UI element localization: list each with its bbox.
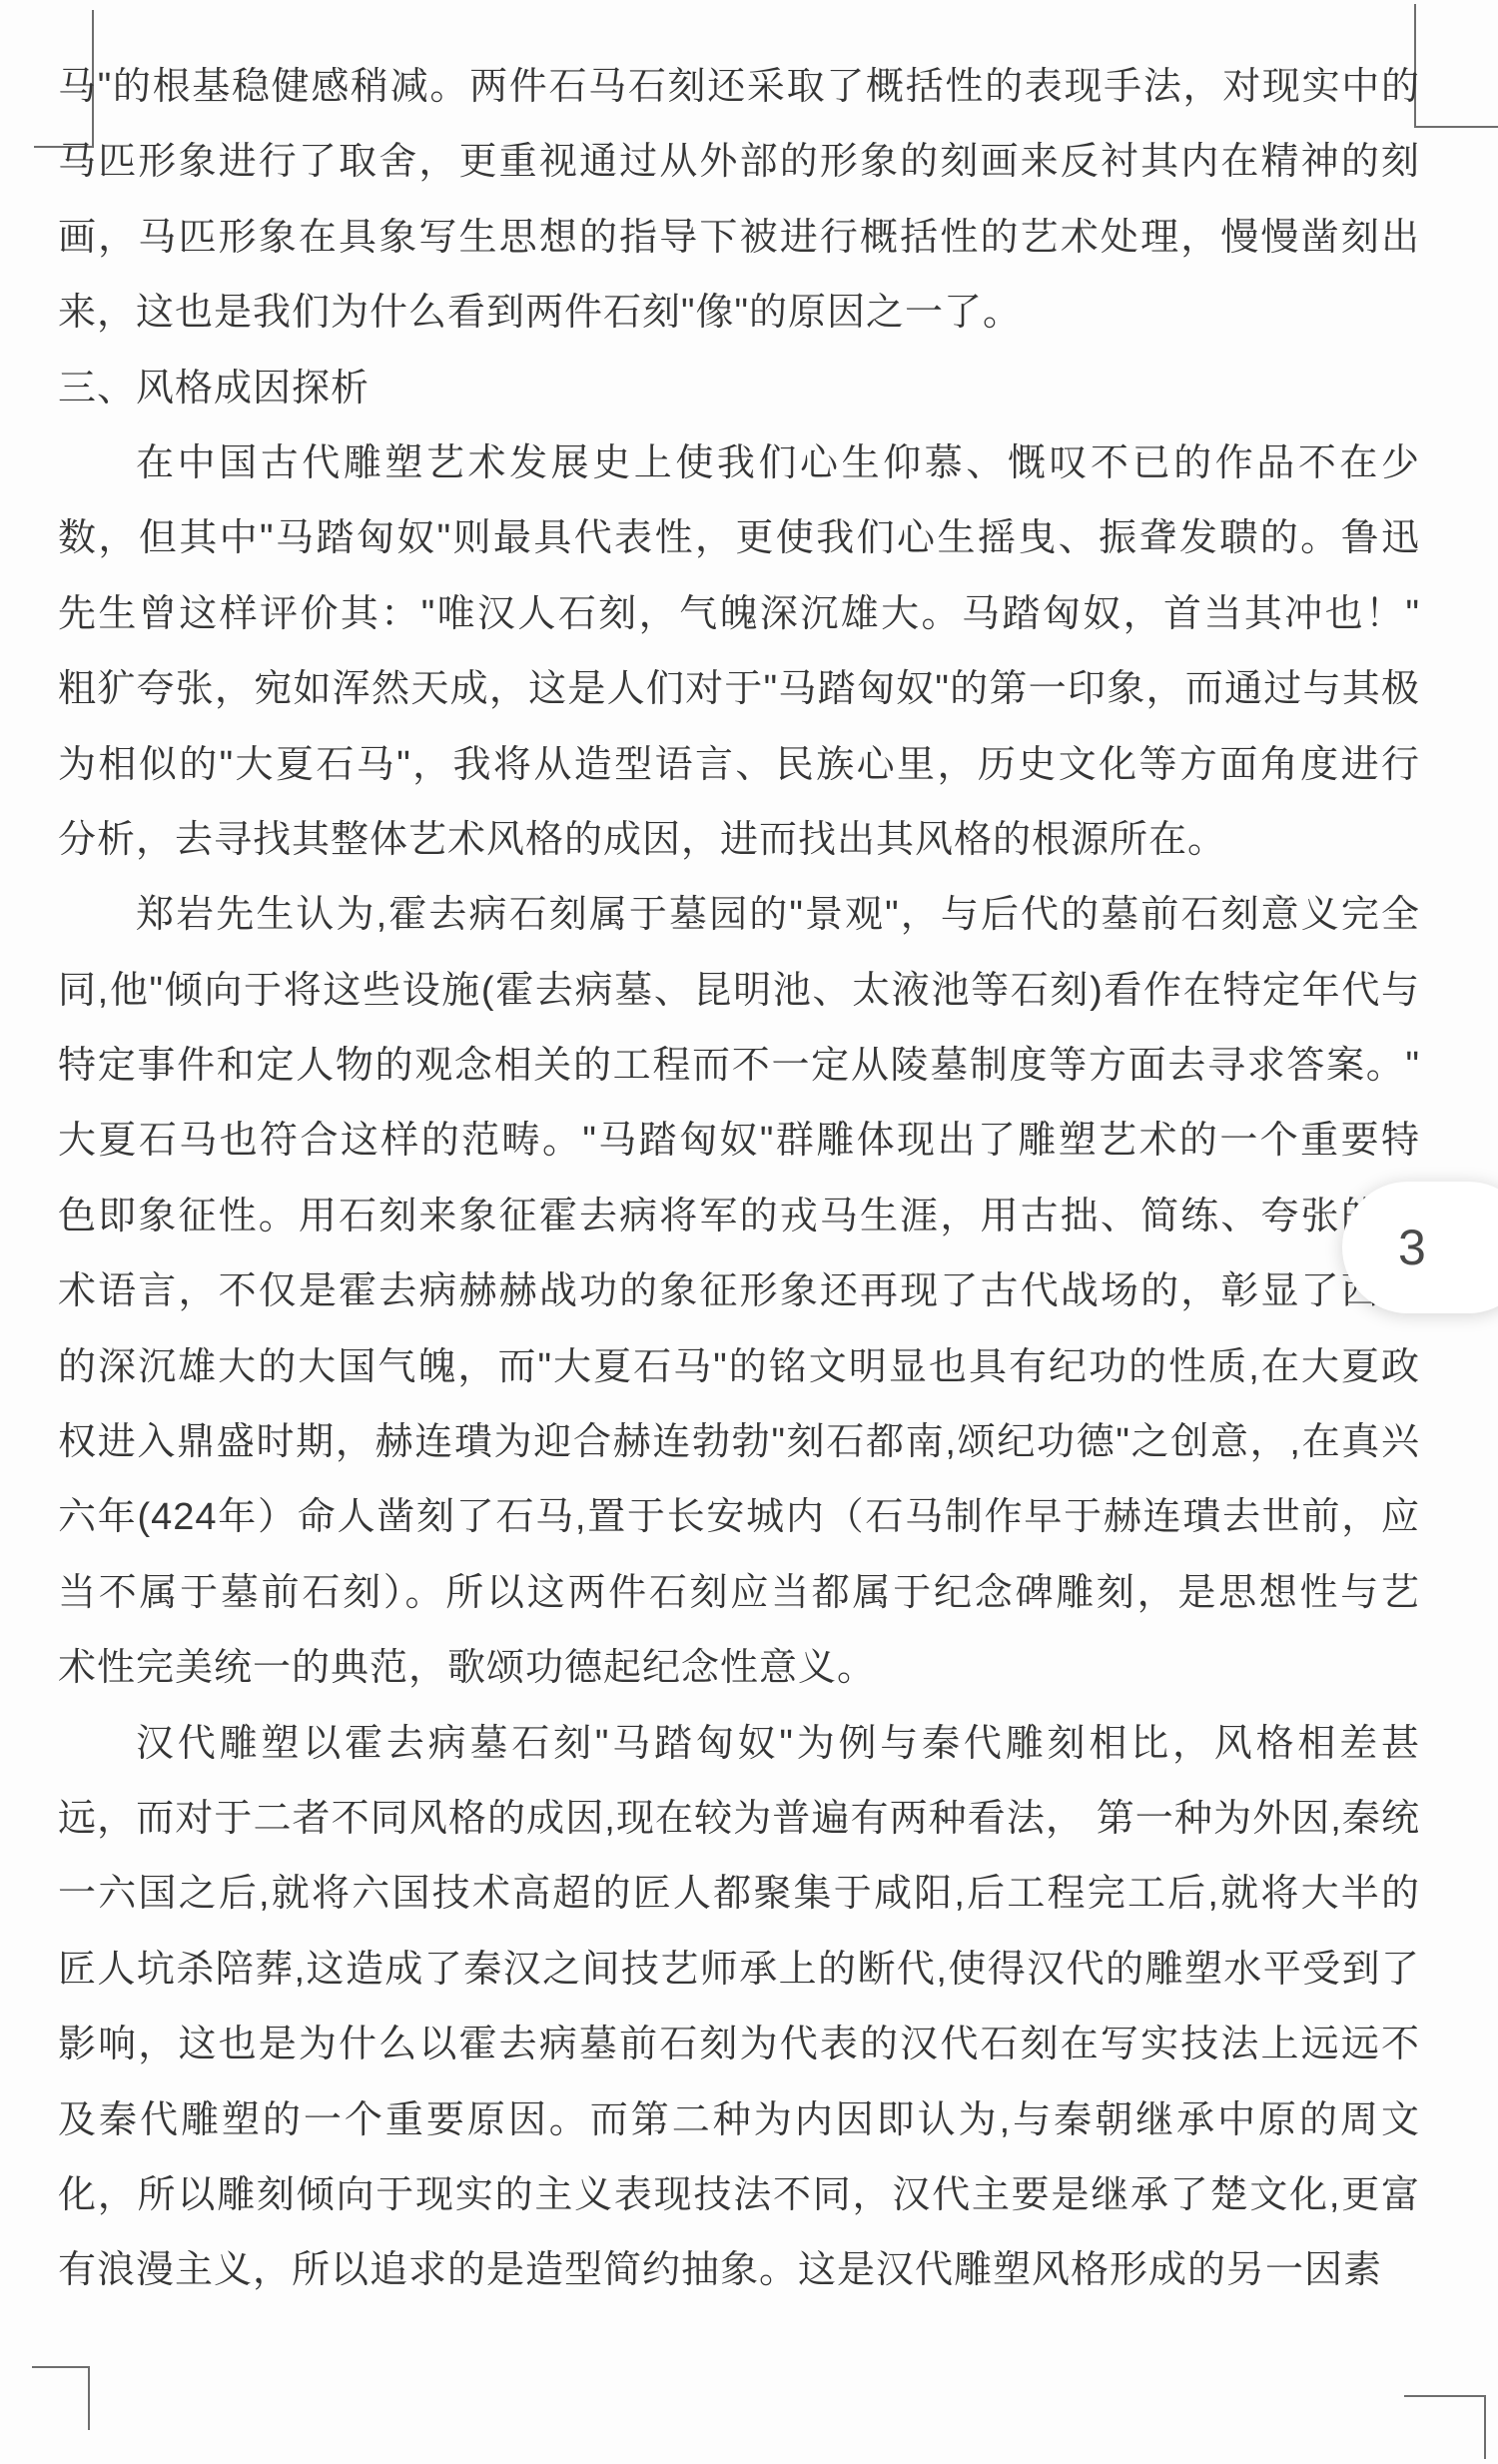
text-line: 来，这也是我们为什么看到两件石刻"像"的原因之一了。 <box>58 276 1420 351</box>
text-line: 色即象征性。用石刻来象征霍去病将军的戎马生涯，用古拙、简练、夸张的艺 <box>58 1180 1420 1254</box>
text-line: 匠人坑杀陪葬,这造成了秦汉之间技艺师承上的断代,使得汉代的雕塑水平受到了 <box>58 1933 1420 2008</box>
text-line: 马匹形象进行了取舍，更重视通过从外部的形象的刻画来反衬其内在精神的刻 <box>58 125 1420 200</box>
text-line: 特定事件和定人物的观念相关的工程而不一定从陵墓制度等方面去寻求答案。" <box>58 1029 1420 1104</box>
page-number: 3 <box>1398 1219 1426 1276</box>
text-line: 三、风格成因探析 <box>58 352 1420 426</box>
text-line: 画，马匹形象在具象写生思想的指导下被进行概括性的艺术处理，慢慢凿刻出 <box>58 201 1420 276</box>
text-line: 数，但其中"马踏匈奴"则最具代表性，更使我们心生摇曳、振聋发聩的。鲁迅 <box>58 501 1420 576</box>
text-line: 一六国之后,就将六国技术高超的匠人都聚集于咸阳,后工程完工后,就将大半的 <box>58 1857 1420 1932</box>
document-page: 马"的根基稳健感稍减。两件石马石刻还采取了概括性的表现手法，对现实中的马匹形象进… <box>0 0 1498 2464</box>
text-line: 术性完美统一的典范，歌颂功德起纪念性意义。 <box>58 1631 1420 1706</box>
text-line: 远，而对于二者不同风格的成因,现在较为普遍有两种看法， 第一种为外因,秦统 <box>58 1782 1420 1857</box>
page-number-bubble: 3 <box>1342 1182 1498 1313</box>
crop-mark-top-right <box>1414 4 1498 128</box>
text-line: 权进入鼎盛时期，赫连璝为迎合赫连勃勃"刻石都南,颂纪功德"之创意，,在真兴 <box>58 1405 1420 1480</box>
text-line: 六年(424年）命人凿刻了石马,置于长安城内（石马制作早于赫连璝去世前，应 <box>58 1480 1420 1555</box>
text-line: 分析，去寻找其整体艺术风格的成因，进而找出其风格的根源所在。 <box>58 803 1420 878</box>
text-line: 先生曾这样评价其："唯汉人石刻，气魄深沉雄大。马踏匈奴，首当其冲也！" <box>58 577 1420 652</box>
text-line: 术语言，不仅是霍去病赫赫战功的象征形象还再现了古代战场的，彰显了西汉 <box>58 1254 1420 1329</box>
crop-mark-bottom-left <box>32 2366 90 2430</box>
text-line: 有浪漫主义，所以追求的是造型简约抽象。这是汉代雕塑风格形成的另一因素 <box>58 2233 1420 2308</box>
text-line: 粗犷夸张，宛如浑然天成，这是人们对于"马踏匈奴"的第一印象，而通过与其极 <box>58 652 1420 727</box>
text-line: 当不属于墓前石刻）。所以这两件石刻应当都属于纪念碑雕刻，是思想性与艺 <box>58 1556 1420 1631</box>
document-text: 马"的根基稳健感稍减。两件石马石刻还采取了概括性的表现手法，对现实中的马匹形象进… <box>58 50 1420 2309</box>
text-line: 影响，这也是为什么以霍去病墓前石刻为代表的汉代石刻在写实技法上远远不 <box>58 2008 1420 2082</box>
text-line: 汉代雕塑以霍去病墓石刻"马踏匈奴"为例与秦代雕刻相比，风格相差甚 <box>58 1707 1420 1782</box>
text-line: 及秦代雕塑的一个重要原因。而第二种为内因即认为,与秦朝继承中原的周文 <box>58 2083 1420 2158</box>
text-line: 郑岩先生认为,霍去病石刻属于墓园的"景观"，与后代的墓前石刻意义完全不 <box>58 878 1420 953</box>
text-line: 在中国古代雕塑艺术发展史上使我们心生仰慕、慨叹不已的作品不在少 <box>58 426 1420 501</box>
crop-mark-bottom-right <box>1404 2395 1486 2459</box>
text-line: 大夏石马也符合这样的范畴。"马踏匈奴"群雕体现出了雕塑艺术的一个重要特 <box>58 1104 1420 1179</box>
text-line: 马"的根基稳健感稍减。两件石马石刻还采取了概括性的表现手法，对现实中的 <box>58 50 1420 125</box>
text-line: 同,他"倾向于将这些设施(霍去病墓、昆明池、太液池等石刻)看作在特定年代与 <box>58 954 1420 1029</box>
text-line: 为相似的"大夏石马"，我将从造型语言、民族心里，历史文化等方面角度进行 <box>58 728 1420 803</box>
text-line: 化，所以雕刻倾向于现实的主义表现技法不同，汉代主要是继承了楚文化,更富 <box>58 2158 1420 2233</box>
text-line: 的深沉雄大的大国气魄，而"大夏石马"的铭文明显也具有纪功的性质,在大夏政 <box>58 1330 1420 1405</box>
